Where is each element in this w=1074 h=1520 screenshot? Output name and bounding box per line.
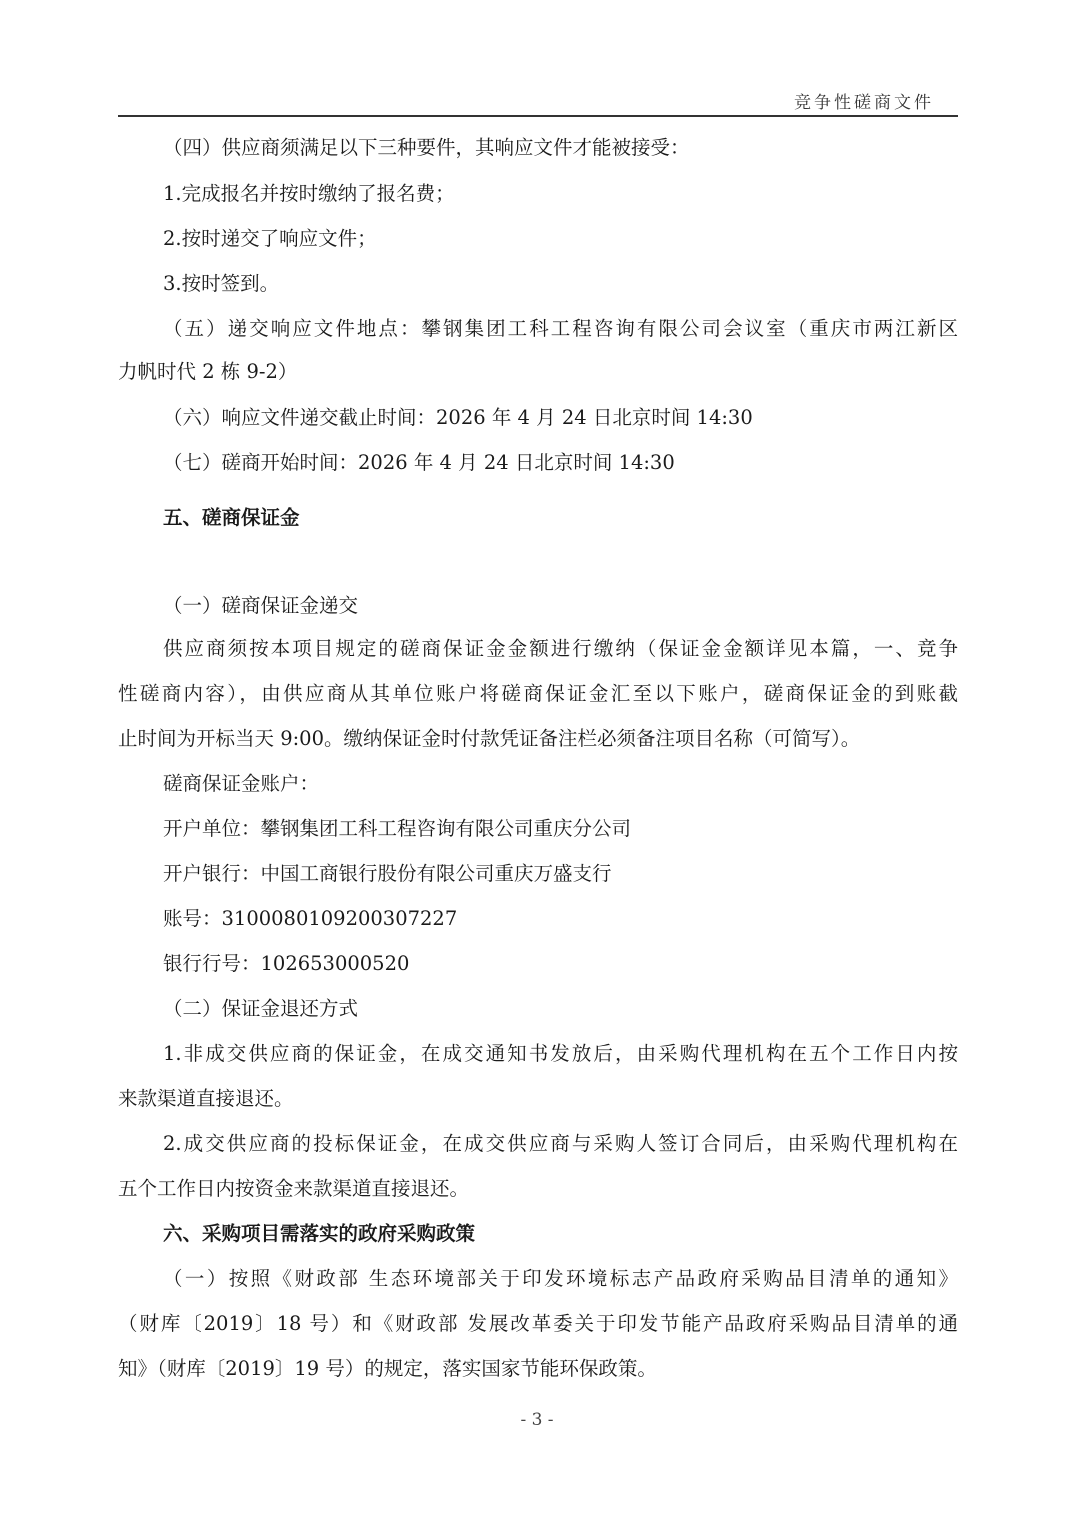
page-header-title: 竞争性磋商文件	[794, 88, 934, 113]
subheading-deposit-submission: （一）磋商保证金递交	[163, 591, 1003, 621]
section-heading-deposit: 五、磋商保证金	[163, 503, 1003, 533]
requirement-item-3: 3.按时签到。	[163, 269, 1003, 299]
policy-paragraph-line-2: （财库〔2019〕18 号）和《财政部 发展改革委关于印发节能产品政府采购品目清…	[118, 1309, 958, 1339]
policy-paragraph-line-3: 知》（财库〔2019〕19 号）的规定，落实国家节能环保政策。	[118, 1354, 958, 1384]
negotiation-start-time: （七）磋商开始时间：2026 年 4 月 24 日北京时间 14:30	[163, 448, 1003, 478]
refund-item-2: 2.成交供应商的投标保证金，在成交供应商与采购人签订合同后，由采购代理机构在	[163, 1129, 958, 1159]
refund-item-1: 1.非成交供应商的保证金，在成交通知书发放后，由采购代理机构在五个工作日内按	[163, 1039, 958, 1069]
account-number: 账号：3100080109200307227	[163, 904, 1003, 934]
account-holder: 开户单位：攀钢集团工科工程咨询有限公司重庆分公司	[163, 814, 1003, 844]
header-divider	[118, 115, 958, 117]
bank-code: 银行行号：102653000520	[163, 949, 1003, 979]
submission-deadline: （六）响应文件递交截止时间：2026 年 4 月 24 日北京时间 14:30	[163, 403, 1003, 433]
deposit-paragraph-line-3: 止时间为开标当天 9:00。缴纳保证金时付款凭证备注栏必须备注项目名称（可简写）…	[118, 724, 958, 754]
refund-item-2-cont: 五个工作日内按资金来款渠道直接退还。	[118, 1174, 958, 1204]
requirement-item-2: 2.按时递交了响应文件；	[163, 224, 1003, 254]
section-heading-policy: 六、采购项目需落实的政府采购政策	[163, 1219, 1003, 1249]
submission-location-cont: 力帆时代 2 栋 9-2）	[118, 357, 958, 387]
account-bank: 开户银行：中国工商银行股份有限公司重庆万盛支行	[163, 859, 1003, 889]
submission-location: （五）递交响应文件地点：攀钢集团工科工程咨询有限公司会议室（重庆市两江新区	[163, 314, 958, 344]
refund-item-1-cont: 来款渠道直接退还。	[118, 1084, 958, 1114]
deposit-paragraph-line-1: 供应商须按本项目规定的磋商保证金金额进行缴纳（保证金金额详见本篇，一、竞争	[163, 634, 958, 664]
deposit-paragraph-line-2: 性磋商内容），由供应商从其单位账户将磋商保证金汇至以下账户，磋商保证金的到账截	[118, 679, 958, 709]
page-number: - 3 -	[0, 1410, 1074, 1430]
policy-paragraph-line-1: （一）按照《财政部 生态环境部关于印发环境标志产品政府采购品目清单的通知》	[163, 1264, 958, 1294]
deposit-account-label: 磋商保证金账户：	[163, 769, 1003, 799]
requirement-item-1: 1.完成报名并按时缴纳了报名费；	[163, 179, 1003, 209]
subheading-deposit-refund: （二）保证金退还方式	[163, 994, 1003, 1024]
requirements-intro: （四）供应商须满足以下三种要件，其响应文件才能被接受：	[163, 133, 1003, 163]
